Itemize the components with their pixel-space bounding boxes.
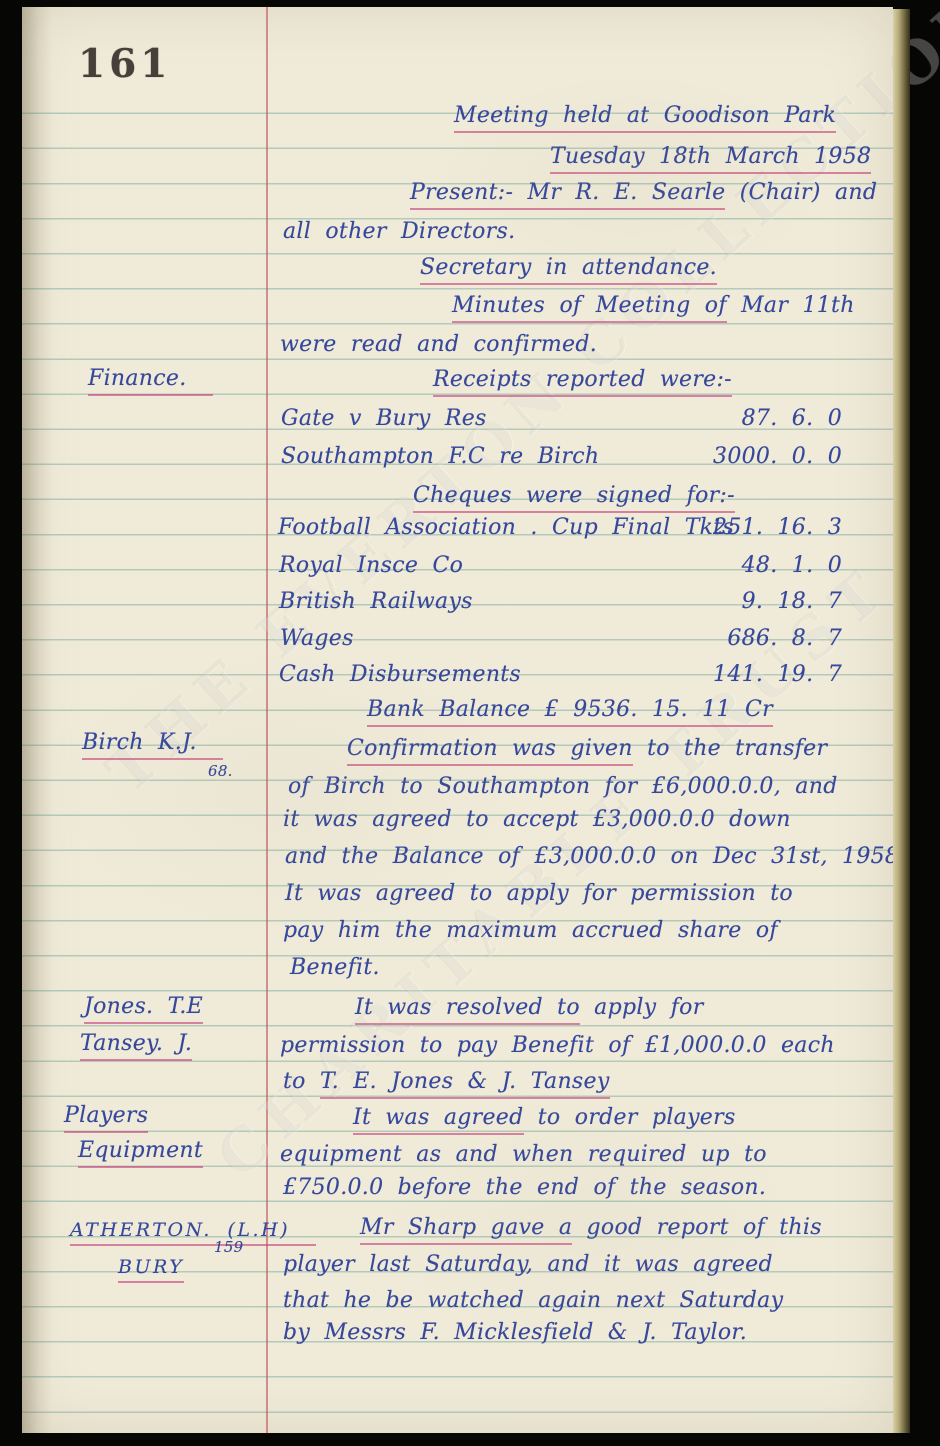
plain-text: equipment as and when required up to xyxy=(280,1142,767,1167)
underlined-text: Secretary in attendance. xyxy=(420,255,717,285)
handwritten-line: pay him the maximum accrued share of xyxy=(283,916,778,945)
plain-text: were read and confirmed. xyxy=(280,332,597,357)
handwritten-line: Bank Balance £ 9536. 15. 11 Cr xyxy=(367,695,773,724)
margin-note-label: Birch K.J. xyxy=(82,730,223,760)
plain-text: (Chair) and xyxy=(725,180,877,205)
handwritten-line: to T. E. Jones & J. Tansey xyxy=(283,1067,610,1096)
ledger-page: THE EVERTON COLLECTION CHARITABLE TRUST … xyxy=(22,7,893,1433)
handwritten-line: it was agreed to accept £3,000.0.0 down xyxy=(283,805,791,834)
margin-note-finance: Finance. xyxy=(88,364,213,393)
underlined-text: Cheques were signed for:- xyxy=(413,483,735,513)
plain-text: to the transfer xyxy=(633,736,828,761)
amount-value: 251. 16. 3 xyxy=(708,513,842,542)
handwritten-line: Cheques were signed for:- xyxy=(413,481,735,510)
page-block-edge xyxy=(893,9,910,1433)
plain-text: pay him the maximum accrued share of xyxy=(283,918,778,943)
amount-value: 48. 1. 0 xyxy=(708,551,842,580)
handwritten-line: Southampton F.C re Birch xyxy=(281,442,599,471)
handwritten-line: It was agreed to apply for permission to xyxy=(285,879,793,908)
margin-note-atherton: ATHERTON. (L.H) xyxy=(70,1216,316,1245)
handwritten-line: of Birch to Southampton for £6,000.0.0, … xyxy=(288,772,838,801)
underlined-text: Minutes of Meeting of xyxy=(452,293,727,323)
plain-text: Cash Disbursements xyxy=(279,662,521,687)
plain-text: Football Association . Cup Final Tkts xyxy=(278,515,734,540)
margin-note-ref: 68. xyxy=(208,763,233,780)
plain-text: by Messrs F. Micklesfield & J. Taylor. xyxy=(283,1320,747,1345)
handwritten-line: were read and confirmed. xyxy=(280,330,597,359)
amount-value: 141. 19. 7 xyxy=(708,660,842,689)
plain-text: £750.0.0 before the end of the season. xyxy=(283,1175,766,1200)
handwritten-line: by Messrs F. Micklesfield & J. Taylor. xyxy=(283,1318,747,1347)
margin-note-ref: 159 xyxy=(214,1239,244,1256)
underlined-text: Meeting held at Goodison Park xyxy=(454,103,836,133)
plain-text: of Birch to Southampton for £6,000.0.0, … xyxy=(288,774,838,799)
plain-text: good report of this xyxy=(572,1215,822,1240)
underlined-text: It was resolved to xyxy=(355,995,580,1025)
scan-backdrop: THE EVERTON COLLECTION CHARITABLE TRUST … xyxy=(0,0,940,1446)
handwritten-line: Football Association . Cup Final Tkts xyxy=(278,513,734,542)
handwritten-line: Secretary in attendance. xyxy=(420,253,717,282)
handwritten-line: all other Directors. xyxy=(283,217,515,246)
underlined-text: It was agreed xyxy=(353,1105,524,1135)
plain-text: Wages xyxy=(280,626,354,651)
underlined-text: Receipts reported were:- xyxy=(433,367,732,397)
handwritten-line: Mr Sharp gave a good report of this xyxy=(360,1213,822,1242)
margin-note-equipment: Equipment xyxy=(78,1136,203,1165)
handwritten-line: Meeting held at Goodison Park xyxy=(454,101,836,130)
plain-text: British Railways xyxy=(279,589,473,614)
plain-text: Benefit. xyxy=(290,955,380,980)
plain-text: Royal Insce Co xyxy=(279,553,463,578)
amount-value: 3000. 0. 0 xyxy=(708,442,842,471)
plain-text: to order players xyxy=(524,1105,736,1130)
margin-note-tansey: Tansey. J. xyxy=(80,1029,192,1058)
plain-text: permission to pay Benefit of £1,000.0.0 … xyxy=(280,1033,835,1058)
underlined-text: Confirmation was given xyxy=(347,736,633,766)
plain-text: Southampton F.C re Birch xyxy=(281,444,599,469)
handwritten-line: equipment as and when required up to xyxy=(280,1140,767,1169)
handwritten-line: £750.0.0 before the end of the season. xyxy=(283,1173,766,1202)
margin-note-players: Players xyxy=(64,1101,148,1130)
plain-text: that he be watched again next Saturday xyxy=(283,1288,783,1313)
underlined-text: Bank Balance £ 9536. 15. 11 Cr xyxy=(367,697,773,727)
handwritten-line: player last Saturday, and it was agreed xyxy=(283,1250,773,1279)
underlined-text: Mr Sharp gave a xyxy=(360,1215,572,1245)
handwritten-line: that he be watched again next Saturday xyxy=(283,1286,783,1315)
amount-value: 9. 18. 7 xyxy=(708,587,842,616)
handwritten-line: Present:- Mr R. E. Searle (Chair) and xyxy=(410,178,877,207)
margin-note-label: Jones. T.E xyxy=(84,994,203,1024)
handwritten-line: Confirmation was given to the transfer xyxy=(347,734,827,763)
plain-text: Mar 11th xyxy=(727,293,855,318)
plain-text: apply for xyxy=(580,995,704,1020)
plain-text: Gate v Bury Res xyxy=(281,406,487,431)
margin-note-label: Equipment xyxy=(78,1138,203,1168)
handwritten-line: Benefit. xyxy=(290,953,380,982)
handwritten-line: Gate v Bury Res xyxy=(281,404,487,433)
margin-note-birch: Birch K.J. xyxy=(82,728,223,757)
handwritten-line: British Railways xyxy=(279,587,473,616)
plain-text: it was agreed to accept £3,000.0.0 down xyxy=(283,807,791,832)
margin-note-label: ATHERTON. (L.H) xyxy=(70,1219,316,1246)
handwritten-line: Royal Insce Co xyxy=(279,551,463,580)
margin-note-label: Finance. xyxy=(88,366,213,396)
plain-text: to xyxy=(283,1069,320,1094)
margin-note-label: Players xyxy=(64,1103,148,1133)
underlined-text: T. E. Jones & J. Tansey xyxy=(320,1069,610,1099)
underlined-text: Tuesday 18th March 1958 xyxy=(550,144,871,174)
handwritten-line: and the Balance of £3,000.0.0 on Dec 31s… xyxy=(285,842,907,871)
margin-note-label: BURY xyxy=(118,1256,184,1283)
amount-value: 686. 8. 7 xyxy=(708,624,842,653)
handwritten-line: permission to pay Benefit of £1,000.0.0 … xyxy=(280,1031,835,1060)
plain-text: all other Directors. xyxy=(283,219,515,244)
plain-text: player last Saturday, and it was agreed xyxy=(283,1252,773,1277)
handwritten-line: Receipts reported were:- xyxy=(433,365,732,394)
plain-text: and the Balance of £3,000.0.0 on Dec 31s… xyxy=(285,844,907,869)
handwritten-line: It was resolved to apply for xyxy=(355,993,704,1022)
handwritten-line: Minutes of Meeting of Mar 11th xyxy=(452,291,855,320)
page-number-stamp: 161 xyxy=(78,41,171,87)
plain-text: It was agreed to apply for permission to xyxy=(285,881,793,906)
margin-note-bury: BURY xyxy=(118,1253,184,1282)
amount-value: 87. 6. 0 xyxy=(708,404,842,433)
handwritten-line: Cash Disbursements xyxy=(279,660,521,689)
margin-note-label: Tansey. J. xyxy=(80,1031,192,1061)
underlined-text: Present:- Mr R. E. Searle xyxy=(410,180,725,210)
binding-shadow xyxy=(22,7,52,1433)
handwritten-line: Wages xyxy=(280,624,354,653)
margin-note-jones: Jones. T.E xyxy=(84,992,203,1021)
handwritten-line: Tuesday 18th March 1958 xyxy=(550,142,871,171)
handwritten-line: It was agreed to order players xyxy=(353,1103,736,1132)
